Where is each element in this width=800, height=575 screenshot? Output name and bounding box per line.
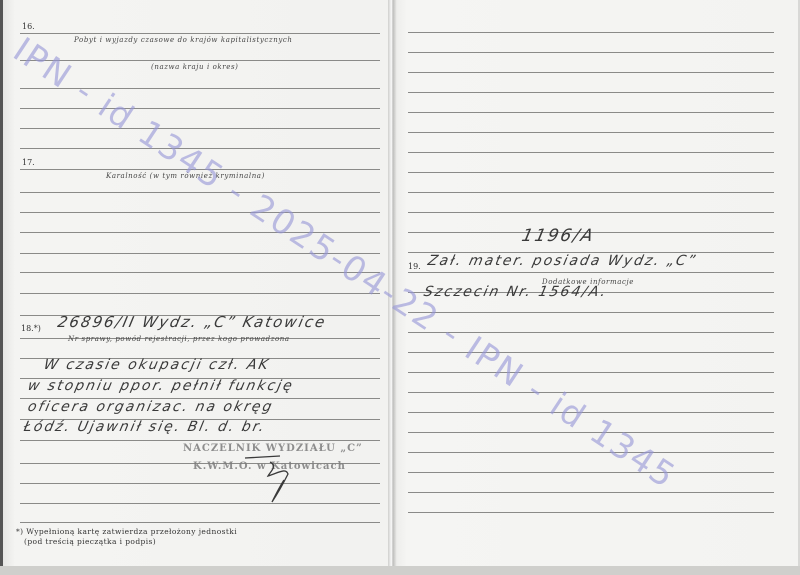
ruled-line: [408, 412, 774, 413]
ruled-line: [408, 32, 774, 33]
ruled-line: [20, 33, 380, 34]
reference-number: 1196/A: [520, 226, 597, 246]
ruled-line: [408, 332, 774, 333]
section-18-label: Nr sprawy, powód rejestracji, przez kogo…: [68, 335, 290, 343]
ruled-line: [408, 152, 774, 153]
ruled-line: [408, 512, 774, 513]
section-18-number: 18.*): [21, 324, 41, 333]
ruled-line: [408, 212, 774, 213]
ruled-line: [20, 169, 380, 170]
section-19-note-line-2: Szczecin Nr. 1564/A.: [422, 284, 609, 300]
signature-icon: [240, 450, 320, 510]
footnote-line-1: *) Wypełnioną kartę zatwierdza przełożon…: [16, 527, 237, 536]
footnote-line-2: (pod treścią pieczątka i podpis): [24, 537, 156, 546]
ruled-line: [408, 112, 774, 113]
section-16-label: Pobyt i wyjazdy czasowe do krajów kapita…: [74, 36, 293, 44]
section-17-label: Karalność (w tym również kryminalna): [106, 172, 265, 180]
ruled-line: [408, 52, 774, 53]
ruled-line: [20, 60, 380, 61]
section-18-note-line-3: oficera organizac. na okręg: [26, 399, 275, 415]
page-bottom-edge: [0, 566, 800, 575]
ruled-line: [408, 132, 774, 133]
section-18-note-line-4: Łódź. Ujawnił się. Bl. d. br.: [22, 419, 267, 435]
ruled-line: [408, 392, 774, 393]
ruled-line: [20, 503, 380, 504]
section-16-number: 16.: [22, 22, 35, 31]
ruled-line: [20, 232, 380, 233]
ruled-line: [408, 92, 774, 93]
ruled-line: [408, 372, 774, 373]
ruled-line: [408, 192, 774, 193]
ruled-line: [20, 128, 380, 129]
ruled-line: [408, 472, 774, 473]
ruled-line: [20, 108, 380, 109]
section-18-case-number: 26896/II Wydz. „C” Katowice: [56, 313, 328, 331]
ruled-line: [408, 492, 774, 493]
section-19-number: 19.: [408, 262, 421, 271]
ruled-line: [20, 440, 380, 441]
section-19-note-line-1: Zał. mater. posiada Wydz. „C”: [426, 253, 698, 269]
ruled-line: [20, 88, 380, 89]
ruled-line: [408, 312, 774, 313]
ruled-line: [20, 483, 380, 484]
ruled-line: [408, 352, 774, 353]
ruled-line: [20, 253, 380, 254]
ruled-line: [408, 432, 774, 433]
section-18-note-line-1: W czasie okupacji czł. AK: [42, 357, 271, 373]
ruled-line: [408, 172, 774, 173]
ruled-line: [20, 212, 380, 213]
section-18-note-line-2: w stopniu ppor. pełnił funkcję: [26, 378, 295, 394]
section-16-sublabel: (nazwa kraju i okres): [151, 63, 239, 71]
ruled-line: [20, 522, 380, 523]
ruled-line: [408, 272, 774, 273]
ruled-line: [408, 452, 774, 453]
ruled-line: [20, 192, 380, 193]
section-17-number: 17.: [22, 158, 35, 167]
ruled-line: [20, 272, 380, 273]
binding-gutter: [388, 0, 397, 568]
ruled-line: [408, 72, 774, 73]
ruled-line: [20, 148, 380, 149]
ruled-line: [20, 293, 380, 294]
